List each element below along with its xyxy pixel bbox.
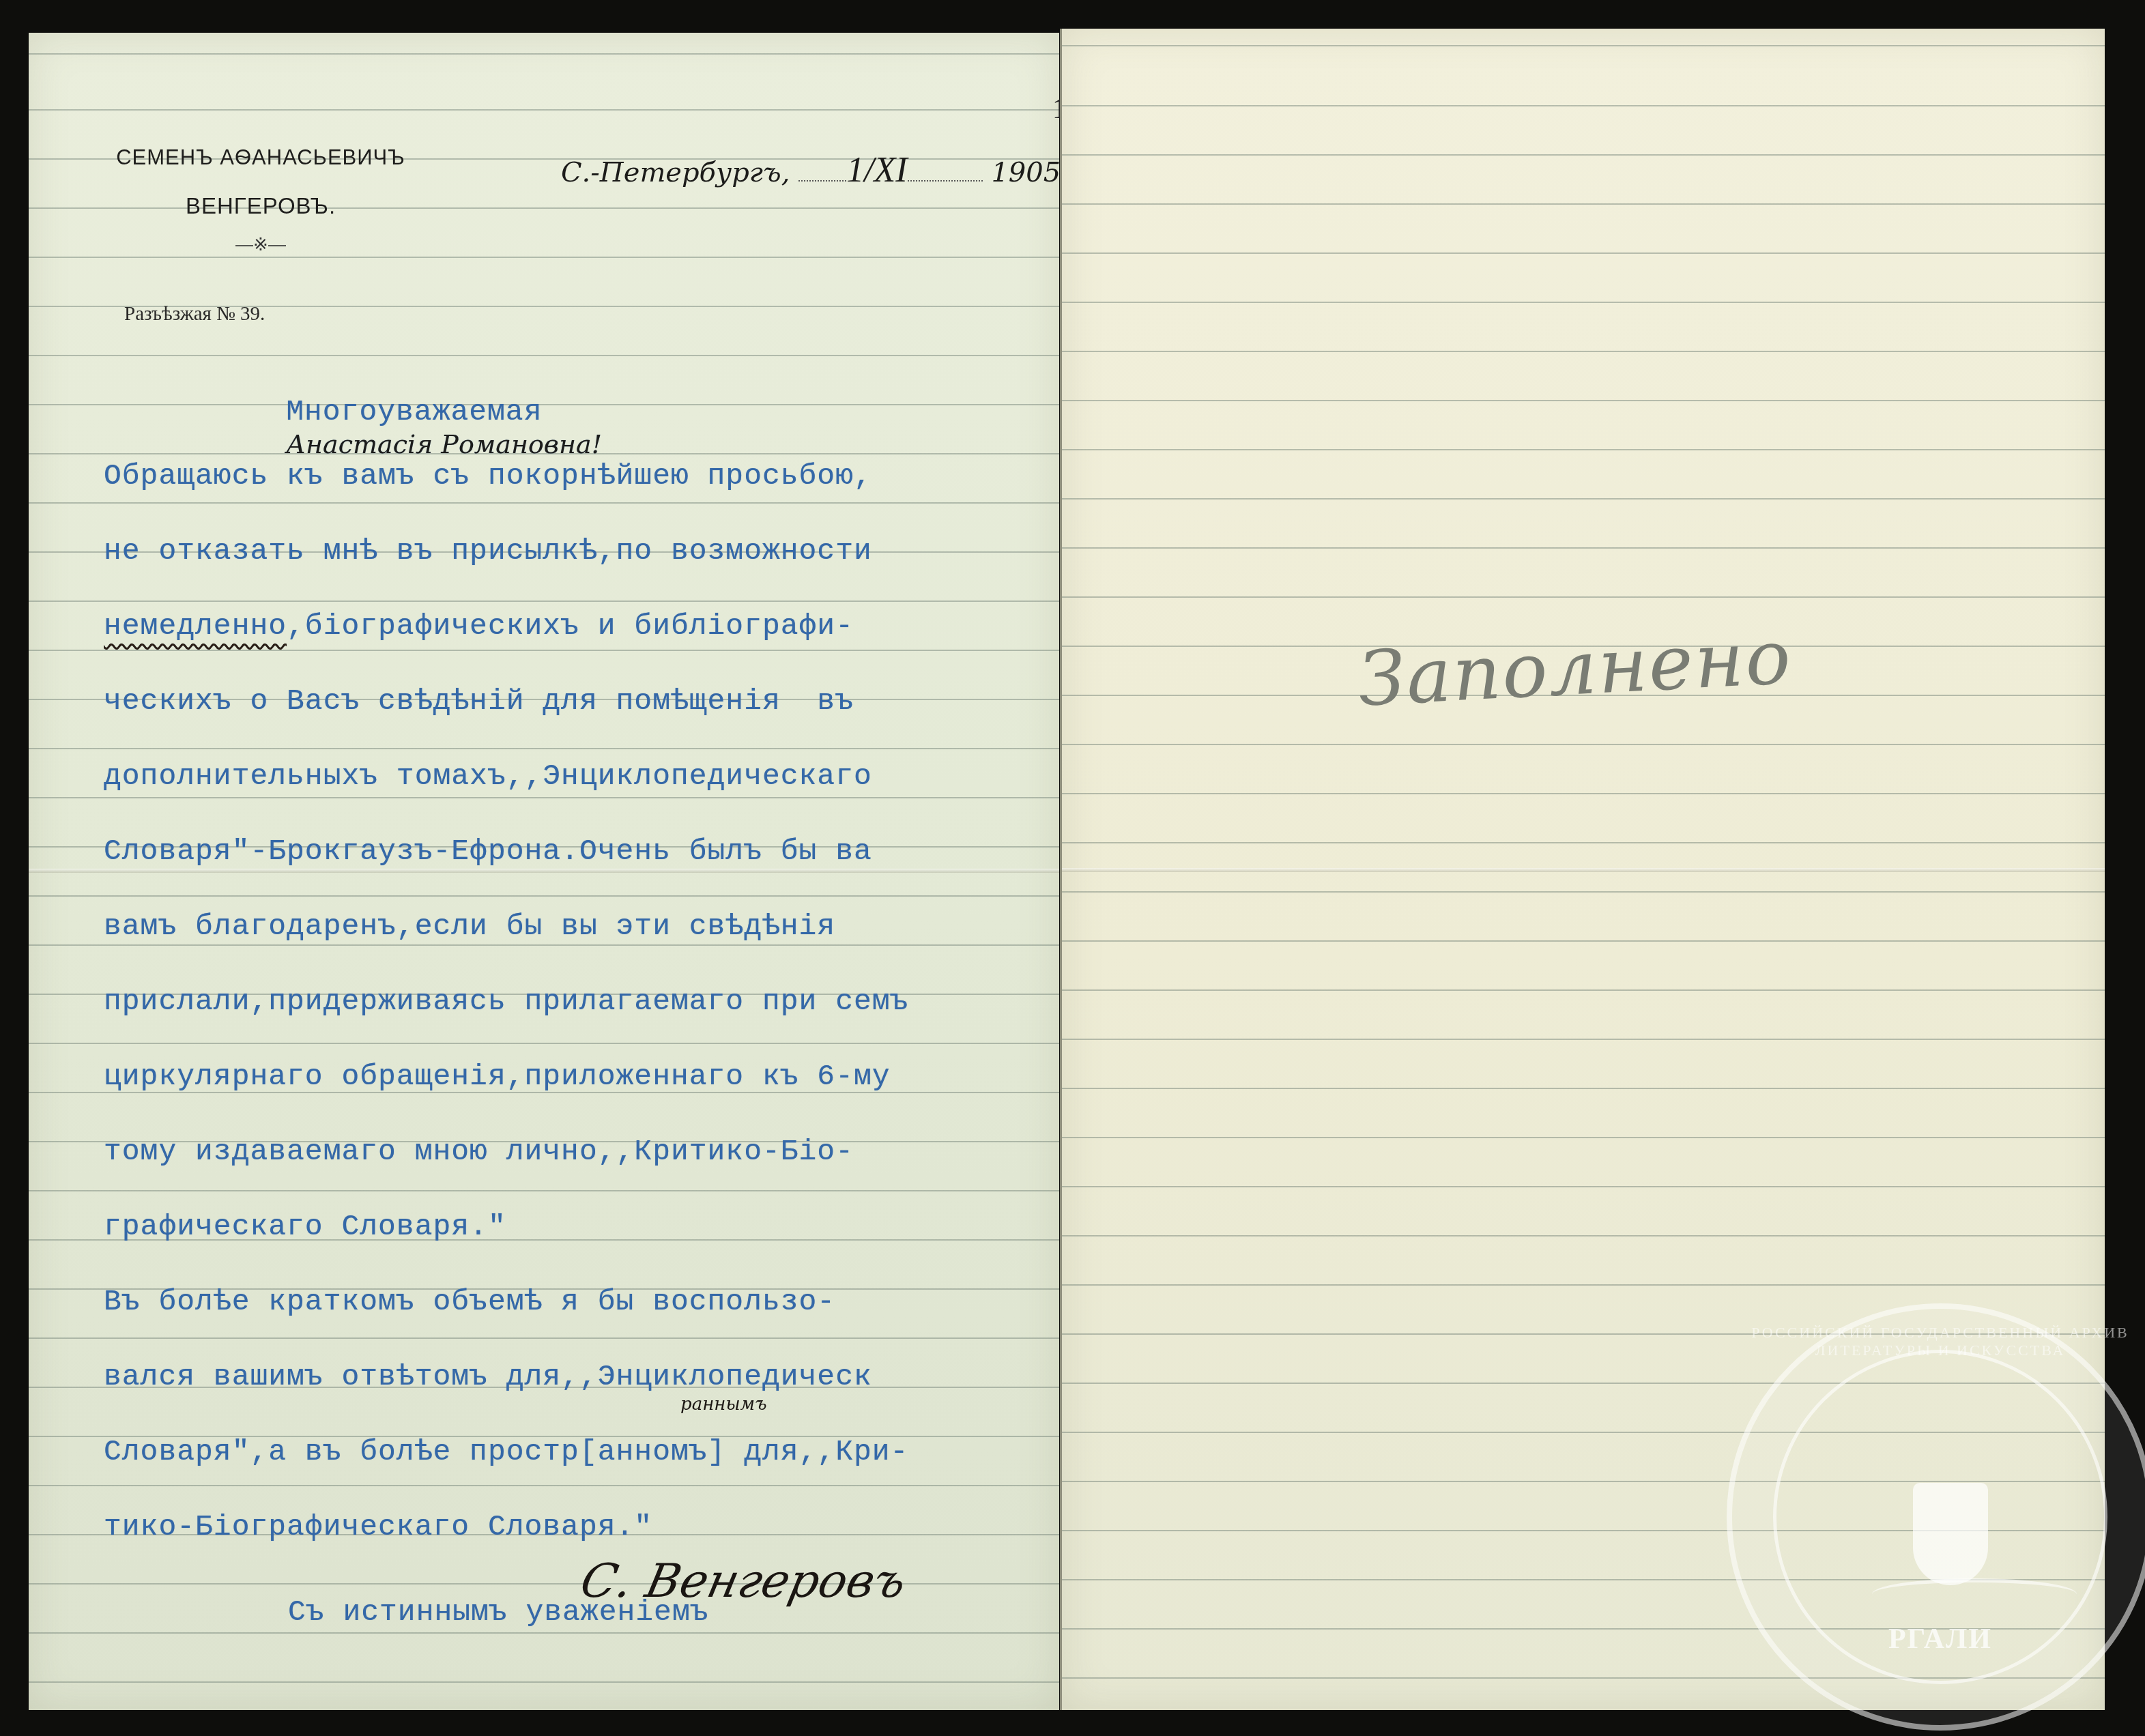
open-book-icon (1872, 1578, 2077, 1610)
date-city: С.-Петербургъ, (561, 157, 790, 188)
body-line-15: тико-Біографическаго Словаря." (104, 1510, 1073, 1544)
body-line-11: графическаго Словаря." (104, 1210, 1073, 1243)
dateline: С.-Петербургъ, 1/XI 1905 г. (561, 150, 1092, 190)
date-day: 1 (846, 151, 864, 190)
theatre-mask-icon (1913, 1483, 1988, 1585)
horizontal-fold (1062, 868, 2105, 872)
left-page: СЕМЕНЪ АѲАНАСЬЕВИЧЪ ВЕНГЕРОВЪ. —※— Разъѣ… (29, 33, 1059, 1710)
seal-inner-ring: РГАЛИ (1773, 1350, 2107, 1684)
salutation-typed: Многоуважаемая (286, 395, 542, 429)
body-line-13: вался вашимъ отвѣтомъ для,,Энциклопедиче… (104, 1360, 1073, 1393)
body-line-12: Въ болѣе краткомъ объемѣ я бы воспользо- (104, 1285, 1073, 1318)
salutation-handwritten: Анастасія Романовна! (286, 429, 602, 459)
horizontal-fold (29, 869, 1059, 873)
body-line-5: дополнительныхъ томахъ,,Энциклопедическа… (104, 759, 1073, 793)
body-line-1: Обращаюсь къ вамъ съ покорнѣйшею просьбо… (104, 459, 1073, 493)
body-line-6: Словаря"-Брокгаузъ-Ефрона.Очень былъ бы … (104, 835, 1073, 868)
underlined-word: немедленно (104, 609, 287, 643)
body-line-9: циркулярнаго обращенія,приложеннаго къ 6… (104, 1060, 1073, 1093)
body-line-7: вамъ благодаренъ,если бы вы эти свѣдѣнія (104, 910, 1073, 943)
date-separator: / (864, 151, 874, 190)
body-line-3: немедленно,біографическихъ и библіографи… (104, 609, 1073, 643)
body-line-3-rest: ,біографическихъ и библіографи- (287, 609, 854, 643)
ornament-icon: —※— (70, 234, 452, 255)
signature: С. Венгеровъ (576, 1554, 911, 1608)
body-line-4: ческихъ о Васъ свѣдѣній для помѣщенія въ (104, 684, 1073, 718)
letterhead-name: СЕМЕНЪ АѲАНАСЬЕВИЧЪ (70, 145, 452, 170)
seal-label: РГАЛИ (1776, 1623, 2104, 1655)
interlinear-correction: раннымъ (680, 1394, 766, 1415)
letterhead: СЕМЕНЪ АѲАНАСЬЕВИЧЪ ВЕНГЕРОВЪ. —※— (70, 145, 452, 255)
body-line-14: Словаря",а въ болѣе простр[анномъ] для,,… (104, 1435, 1073, 1469)
letterhead-surname: ВЕНГЕРОВЪ. (70, 193, 452, 219)
date-month: XI (874, 151, 908, 190)
body-line-8: прислали,придерживаясь прилагаемаго при … (104, 985, 1073, 1018)
date-year: 1905 (991, 157, 1061, 188)
archive-seal: РОССИЙСКИЙ ГОСУДАРСТВЕННЫЙ АРХИВ ЛИТЕРАТ… (1727, 1303, 2145, 1731)
letterhead-address: Разъѣзжая № 39. (124, 303, 265, 325)
body-line-2: не отказать мнѣ въ присылкѣ,по возможнос… (104, 534, 1073, 568)
body-line-10: тому издаваемаго мною лично,,Критико-Біо… (104, 1135, 1073, 1168)
